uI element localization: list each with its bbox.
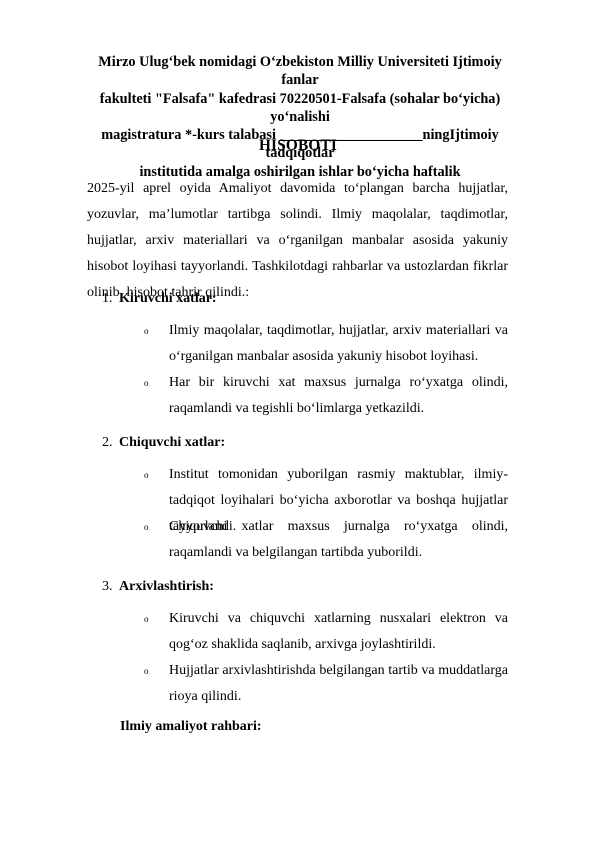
supervisor-signature-label: Ilmiy amaliyot rahbari: — [120, 717, 262, 737]
list-item: o Kiruvchi va chiquvchi xatlarning nusxa… — [144, 606, 508, 658]
header-line: fakulteti "Falsafa" kafedrasi 70220501-F… — [80, 90, 520, 127]
document-header: Mirzo Ulug‘bek nomidagi O‘zbekiston Mill… — [80, 53, 520, 181]
bullet-circle-icon: o — [144, 606, 149, 632]
intro-text: 2025-yil aprel oyida Amaliyot davomida t… — [87, 176, 508, 306]
section-label: Kiruvchi xatlar: — [119, 291, 217, 306]
section-label: Chiquvchi xatlar: — [119, 435, 225, 450]
bullet-circle-icon: o — [144, 462, 149, 488]
intro-paragraph: 2025-yil aprel oyida Amaliyot davomida t… — [87, 176, 508, 306]
section-number: 3. — [102, 577, 119, 597]
section-number: 1. — [102, 289, 119, 309]
header-line: Mirzo Ulug‘bek nomidagi O‘zbekiston Mill… — [80, 53, 520, 90]
section-label: Arxivlashtirish: — [119, 579, 214, 594]
section-heading-outgoing: 2.Chiquvchi xatlar: — [102, 433, 225, 453]
list-item-text: Kiruvchi va chiquvchi xatlarning nusxala… — [169, 606, 508, 658]
bullet-circle-icon: o — [144, 514, 149, 540]
document-page: Mirzo Ulug‘bek nomidagi O‘zbekiston Mill… — [0, 0, 596, 842]
bullet-circle-icon: o — [144, 370, 149, 396]
list-item-text: Chiquvchi xatlar maxsus jurnalga ro‘yxat… — [169, 514, 508, 566]
list-item-text: Ilmiy maqolalar, taqdimotlar, hujjatlar,… — [169, 318, 508, 370]
section-heading-archiving: 3.Arxivlashtirish: — [102, 577, 214, 597]
list-item: o Har bir kiruvchi xat maxsus jurnalga r… — [144, 370, 508, 422]
document-title: HISOBOTI — [0, 136, 596, 156]
list-item: o Chiquvchi xatlar maxsus jurnalga ro‘yx… — [144, 514, 508, 566]
bullet-circle-icon: o — [144, 658, 149, 684]
list-item-text: Hujjatlar arxivlashtirishda belgilangan … — [169, 658, 508, 710]
list-item: o Hujjatlar arxivlashtirishda belgilanga… — [144, 658, 508, 710]
section-heading-incoming: 1.Kiruvchi xatlar: — [102, 289, 217, 309]
bullet-circle-icon: o — [144, 318, 149, 344]
section-number: 2. — [102, 433, 119, 453]
list-item-text: Har bir kiruvchi xat maxsus jurnalga ro‘… — [169, 370, 508, 422]
list-item: o Ilmiy maqolalar, taqdimotlar, hujjatla… — [144, 318, 508, 370]
